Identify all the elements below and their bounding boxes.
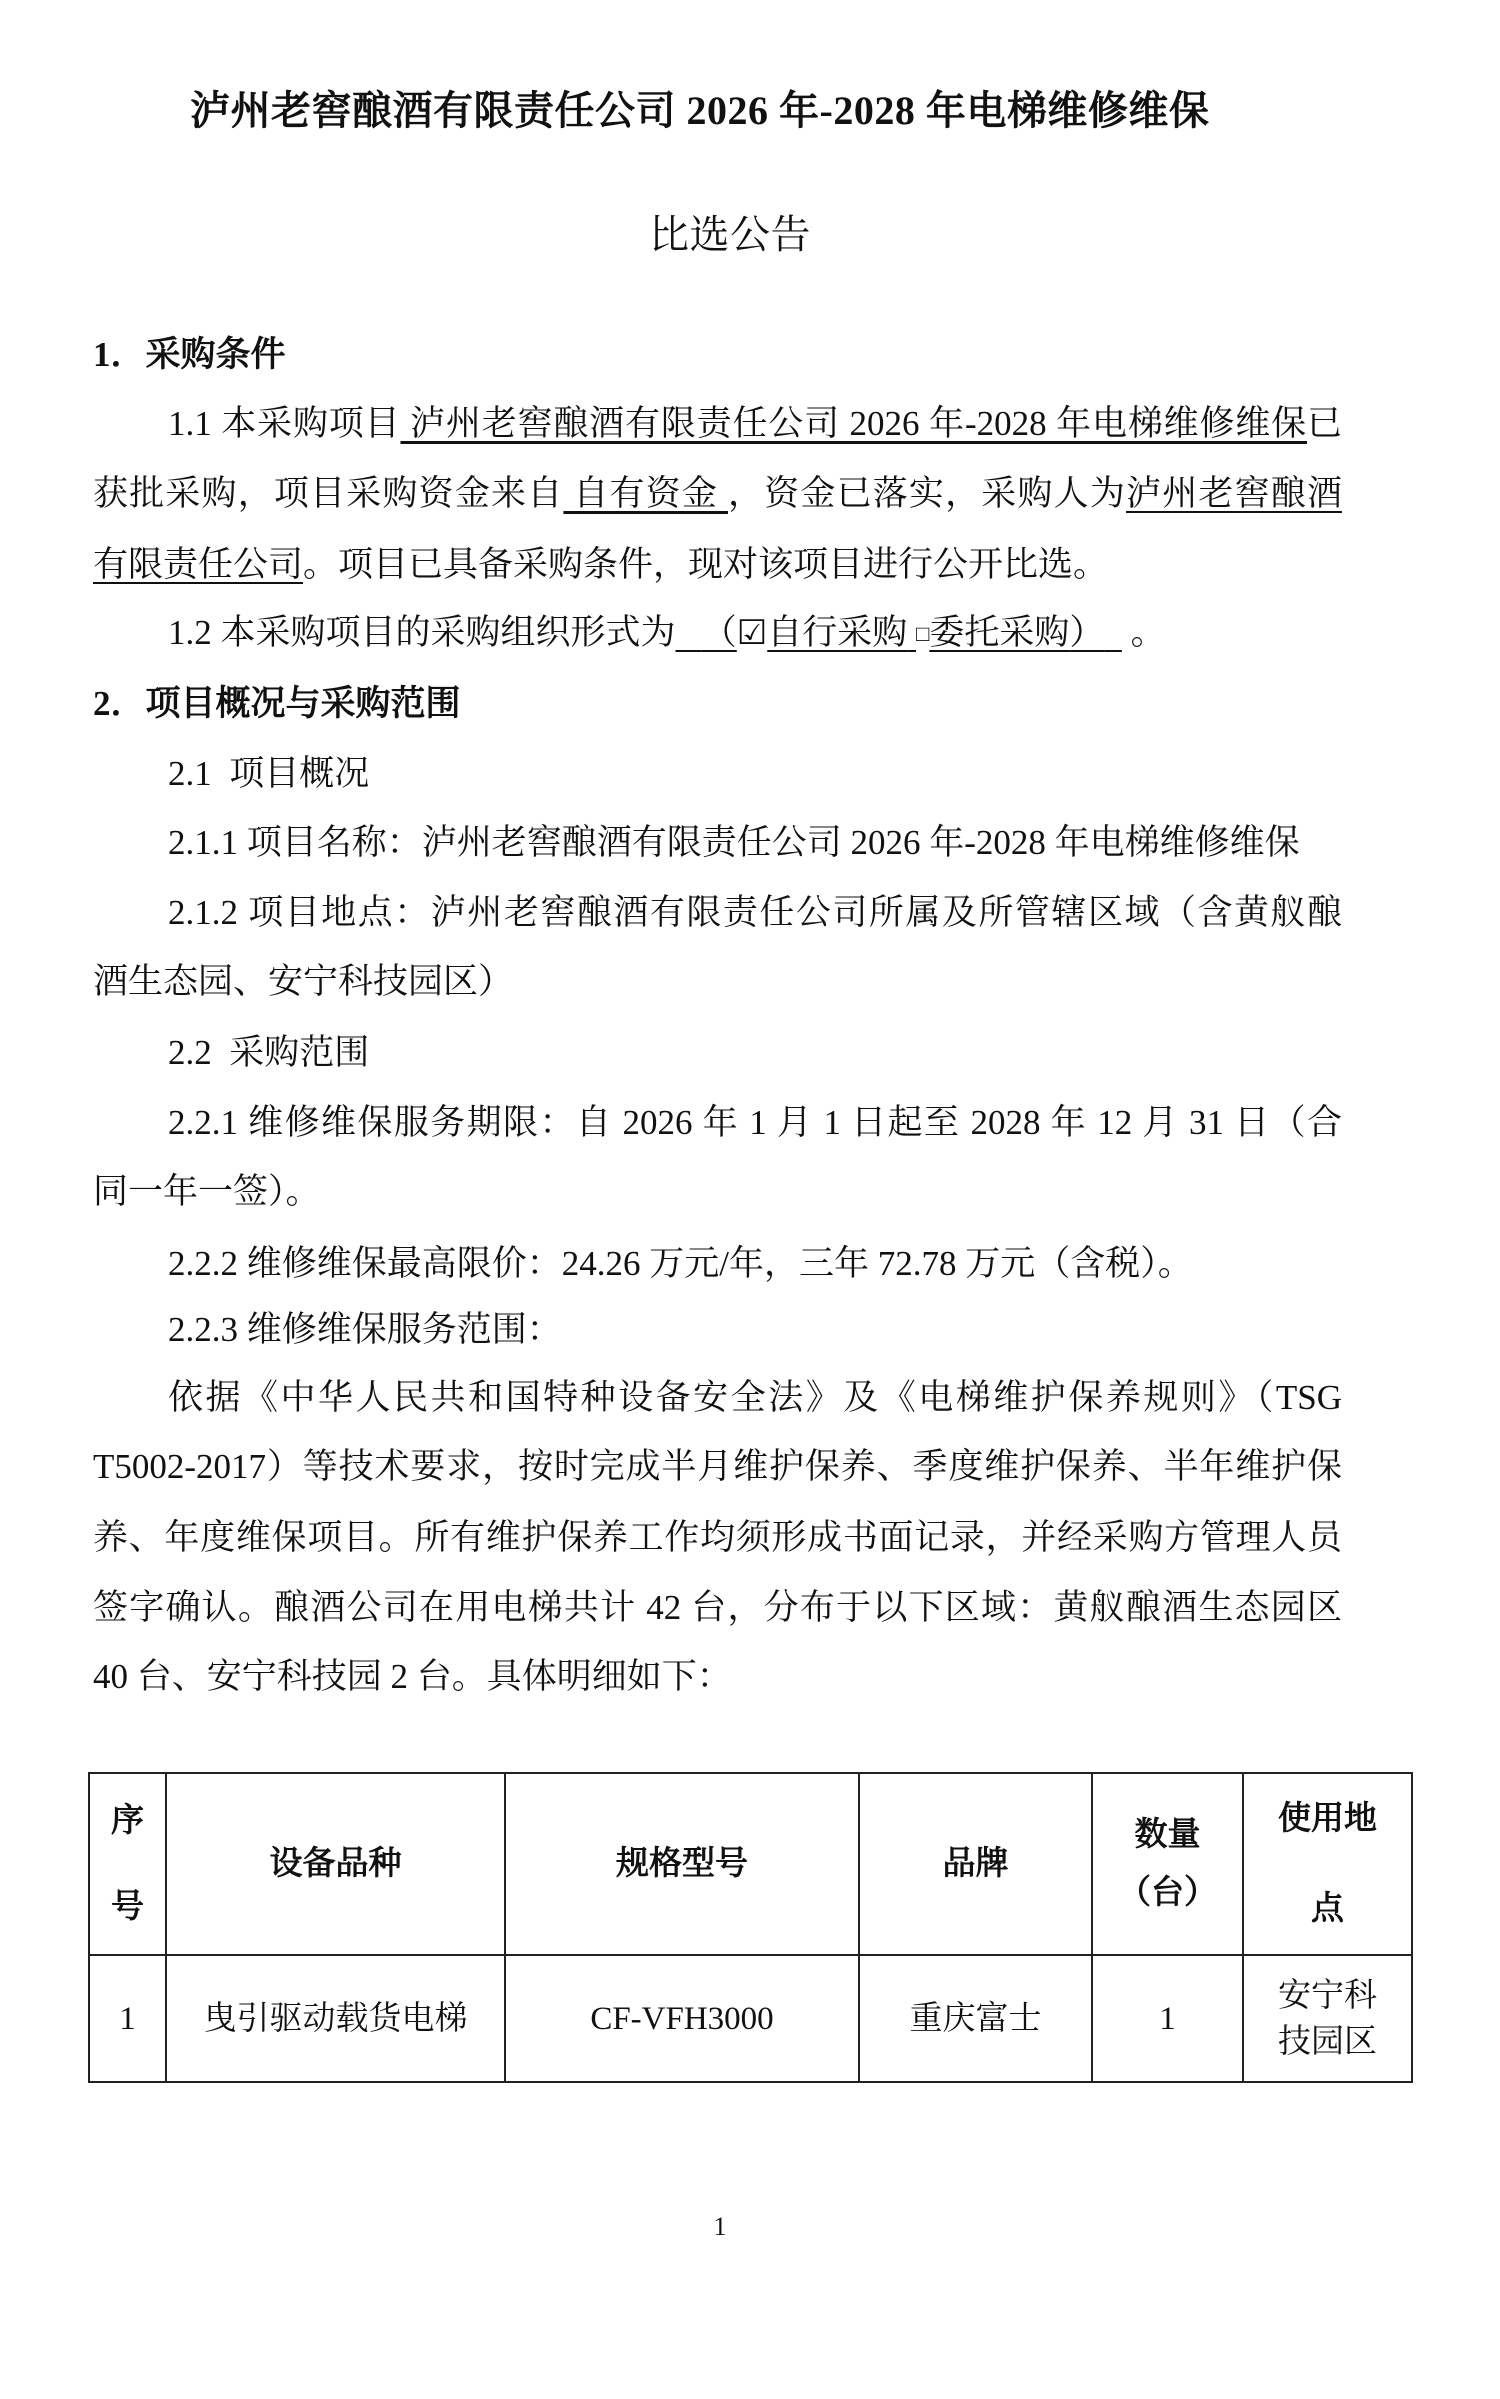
p1-1-line3-rest: 。项目已具备采购条件，现对该项目进行公开比选。 xyxy=(303,545,1108,584)
item-2-1-2-line2: 酒生态园、安宁科技园区） xyxy=(93,960,513,1004)
item-2-2-2-price-cap: 2.2.2 维修维保最高限价：24.26 万元/年，三年 72.78 万元（含税… xyxy=(168,1242,1193,1286)
item-2-1-2-line1: 2.1.2 项目地点：泸州老窖酿酒有限责任公司所属及所管辖区域（含黄舣酿 xyxy=(168,891,1342,935)
cell-seq: 1 xyxy=(89,1955,166,2082)
p1-1-line2-mid: ，资金已落实，采购人为 xyxy=(728,474,1126,513)
subsection-2-2: 2.2 采购范围 xyxy=(168,1031,369,1075)
p1-2-prefix: 1.2 本采购项目的采购组织形式为 xyxy=(168,613,676,652)
checkbox-unchecked-icon: □ xyxy=(916,612,929,656)
header-brand: 品牌 xyxy=(859,1773,1092,1955)
scope-paragraph-line5: 40 台、安宁科技园 2 台。具体明细如下： xyxy=(93,1655,732,1699)
open-paren: （ xyxy=(702,613,737,652)
cell-location: 安宁科 技园区 xyxy=(1243,1955,1412,2082)
header-seq-line1: 序 xyxy=(90,1778,165,1864)
header-seq: 序 号 xyxy=(89,1773,166,1955)
scope-paragraph-line1: 依据《中华人民共和国特种设备安全法》及《电梯维护保养规则》（TSG xyxy=(168,1376,1342,1420)
scope-paragraph-line2: T5002-2017）等技术要求，按时完成半月维护保养、季度维护保养、半年维护保 xyxy=(93,1445,1342,1489)
p1-1-after-name: 已 xyxy=(1307,404,1342,443)
p1-1-line2-prefix: 获批采购，项目采购资金来自 xyxy=(93,474,563,513)
procurement-form-options: （☑自行采购 □委托采购） xyxy=(676,613,1122,652)
p1-2-end: 。 xyxy=(1131,613,1166,652)
table-header-row: 序 号 设备品种 规格型号 品牌 数量 （台） 使用地 点 xyxy=(89,1773,1412,1955)
equipment-table: 序 号 设备品种 规格型号 品牌 数量 （台） 使用地 点 1 曳引驱动载货电梯… xyxy=(88,1772,1413,2083)
project-name-underlined: 泸州老窖酿酒有限责任公司 2026 年-2028 年电梯维修维保 xyxy=(400,404,1307,443)
option-self-procurement: 自行采购 xyxy=(767,613,907,652)
scope-paragraph-line3: 养、年度维保项目。所有维护保养工作均须形成书面记录，并经采购方管理人员 xyxy=(93,1516,1342,1560)
close-paren: ） xyxy=(1069,613,1104,652)
header-location: 使用地 点 xyxy=(1243,1773,1412,1955)
document-page: 泸州老窖酿酒有限责任公司 2026 年-2028 年电梯维修维保 比选公告 1．… xyxy=(0,0,1500,2399)
option-entrusted-procurement: 委托采购 xyxy=(929,613,1069,652)
cell-location-line1: 安宁科 xyxy=(1244,1973,1411,2019)
item-2-2-1-line2: 同一年一签）。 xyxy=(93,1170,321,1214)
section-heading-procurement-conditions: 1．采购条件 xyxy=(93,333,286,377)
paragraph-1-1-line3: 有限责任公司。项目已具备采购条件，现对该项目进行公开比选。 xyxy=(93,543,1108,587)
item-2-2-3-scope: 2.2.3 维修维保服务范围： xyxy=(168,1308,562,1352)
subsection-2-1: 2.1 项目概况 xyxy=(168,752,369,796)
p1-1-prefix: 1.1 本采购项目 xyxy=(168,404,400,443)
paragraph-1-2: 1.2 本采购项目的采购组织形式为 （☑自行采购 □委托采购） 。 xyxy=(168,611,1166,655)
paragraph-1-1-line2: 获批采购，项目采购资金来自 自有资金 ，资金已落实，采购人为泸州老窖酿酒 xyxy=(93,472,1342,516)
header-quantity: 数量 （台） xyxy=(1092,1773,1243,1955)
fund-source-underlined: 自有资金 xyxy=(563,474,728,513)
header-location-line1: 使用地 xyxy=(1244,1774,1411,1864)
paragraph-1-1-line1: 1.1 本采购项目 泸州老窖酿酒有限责任公司 2026 年-2028 年电梯维修… xyxy=(168,402,1342,446)
document-title-line1: 泸州老窖酿酒有限责任公司 2026 年-2028 年电梯维修维保 xyxy=(190,86,1209,136)
table-row: 1 曳引驱动载货电梯 CF-VFH3000 重庆富士 1 安宁科 技园区 xyxy=(89,1955,1412,2082)
purchaser-underlined-part2: 有限责任公司 xyxy=(93,545,303,584)
header-location-line2: 点 xyxy=(1244,1864,1411,1954)
section-heading-project-overview: 2．项目概况与采购范围 xyxy=(93,682,461,726)
purchaser-underlined-part1: 泸州老窖酿酒 xyxy=(1126,474,1342,513)
cell-equipment-type: 曳引驱动载货电梯 xyxy=(166,1955,505,2082)
item-2-1-1-project-name: 2.1.1 项目名称：泸州老窖酿酒有限责任公司 2026 年-2028 年电梯维… xyxy=(168,821,1300,865)
cell-brand: 重庆富士 xyxy=(859,1955,1092,2082)
cell-location-line2: 技园区 xyxy=(1244,2019,1411,2065)
checkbox-checked-icon: ☑ xyxy=(737,612,767,656)
document-title-line2: 比选公告 xyxy=(649,210,811,260)
header-model: 规格型号 xyxy=(505,1773,859,1955)
header-quantity-line2: （台） xyxy=(1093,1864,1242,1922)
header-quantity-line1: 数量 xyxy=(1093,1806,1242,1864)
item-2-2-1-line1: 2.2.1 维修维保服务期限：自 2026 年 1 月 1 日起至 2028 年… xyxy=(168,1101,1342,1145)
header-equipment-type: 设备品种 xyxy=(166,1773,505,1955)
scope-paragraph-line4: 签字确认。酿酒公司在用电梯共计 42 台，分布于以下区域：黄舣酿酒生态园区 xyxy=(93,1586,1342,1630)
page-number: 1 xyxy=(700,2212,740,2242)
cell-model: CF-VFH3000 xyxy=(505,1955,859,2082)
cell-quantity: 1 xyxy=(1092,1955,1243,2082)
header-seq-line2: 号 xyxy=(90,1864,165,1950)
